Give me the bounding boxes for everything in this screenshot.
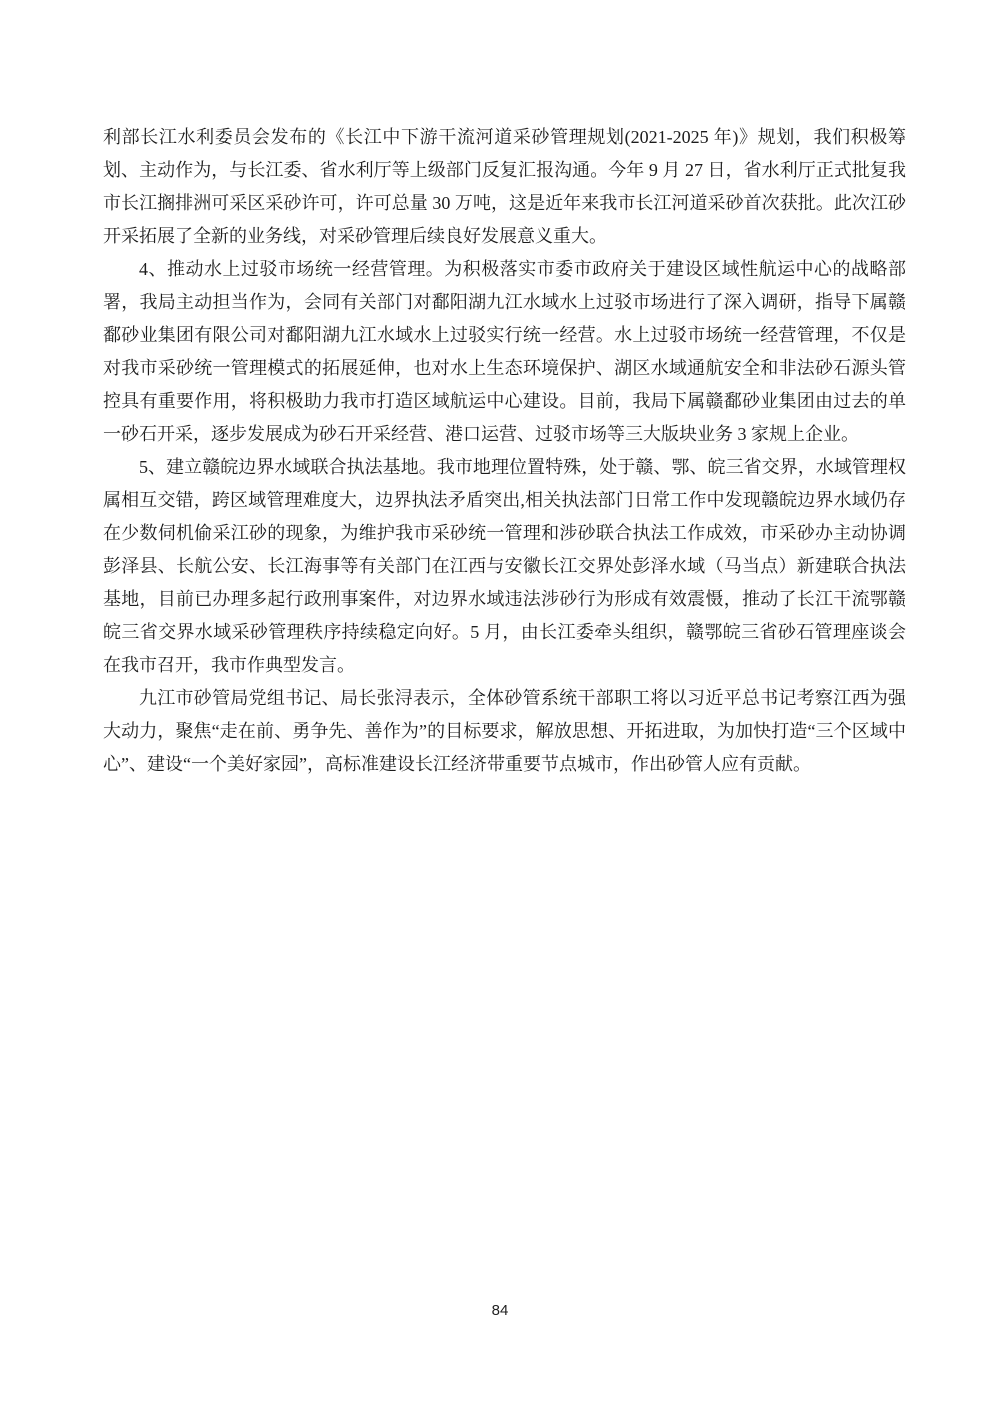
- paragraph-4: 九江市砂管局党组书记、局长张浔表示，全体砂管系统干部职工将以习近平总书记考察江西…: [103, 682, 906, 781]
- paragraph-3: 5、建立赣皖边界水域联合执法基地。我市地理位置特殊，处于赣、鄂、皖三省交界，水域…: [103, 451, 906, 682]
- paragraph-1: 利部长江水利委员会发布的《长江中下游干流河道采砂管理规划(2021-2025 年…: [103, 121, 906, 253]
- document-page: 利部长江水利委员会发布的《长江中下游干流河道采砂管理规划(2021-2025 年…: [0, 0, 1000, 1414]
- page-number: 84: [0, 1302, 1000, 1319]
- document-body: 利部长江水利委员会发布的《长江中下游干流河道采砂管理规划(2021-2025 年…: [103, 121, 906, 781]
- paragraph-2: 4、推动水上过驳市场统一经营管理。为积极落实市委市政府关于建设区域性航运中心的战…: [103, 253, 906, 451]
